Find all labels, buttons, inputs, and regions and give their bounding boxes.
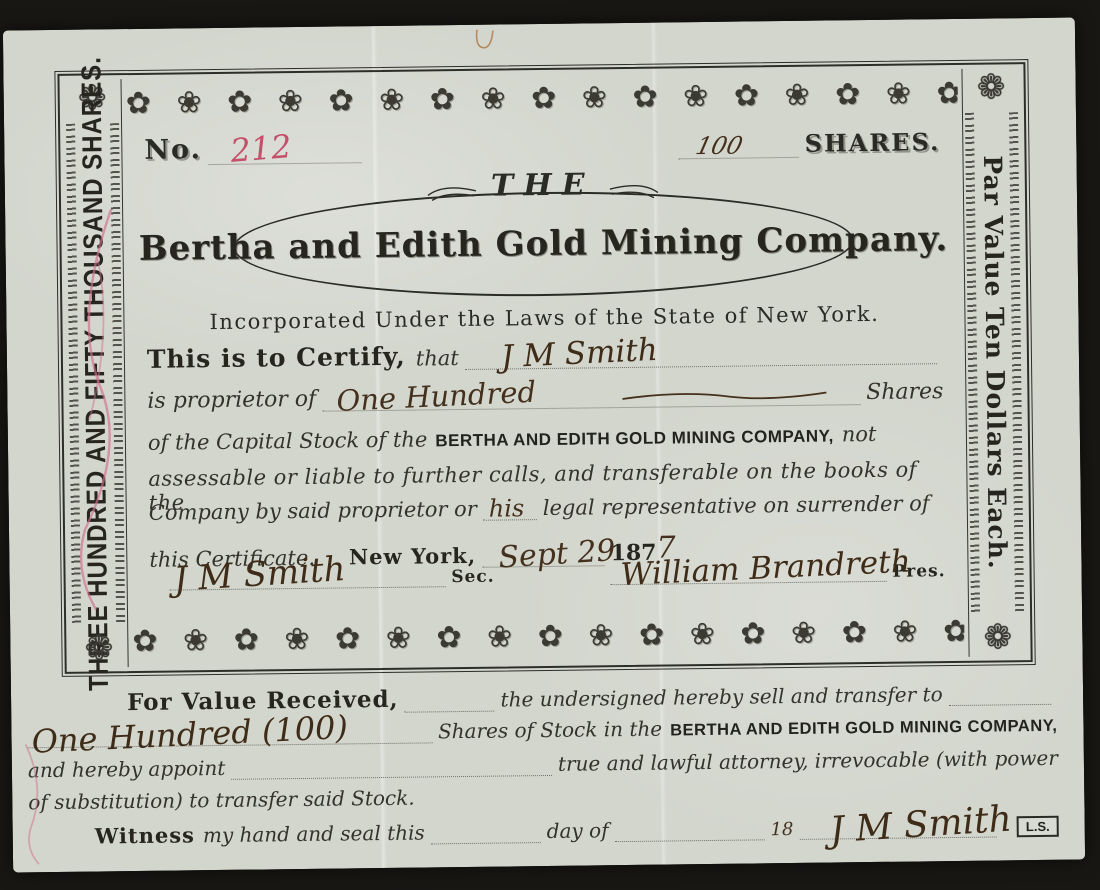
appoint-label: and hereby appoint [28, 756, 226, 782]
incorporation-line: Incorporated Under the Laws of the State… [209, 302, 879, 334]
incorporation-row: Incorporated Under the Laws of the State… [146, 301, 942, 335]
transfer-company-caps: BERTHA AND EDITH GOLD MINING COMPANY, [670, 717, 1058, 741]
company-name: Bertha and Edith Gold Mining Company. [139, 219, 949, 269]
floral-band-top: ✿ ❀ ✿ ❀ ✿ ❀ ✿ ❀ ✿ ❀ ✿ ❀ ✿ ❀ ✿ ❀ ✿ ❀ ✿ ❀ … [125, 69, 958, 131]
body-line3-b: legal representative on surrender of [543, 491, 930, 520]
secretary-label: Sec. [451, 567, 495, 588]
shares-written-handwritten: One Hundred [336, 375, 537, 418]
right-border-text: Par Value Ten Dollars Each. [977, 155, 1011, 569]
shares-suffix: Shares [866, 379, 943, 405]
pen-flourish [620, 387, 830, 406]
year-prefix: 18 [770, 819, 793, 840]
body-line-1: of the Capital Stock of the BERTHA AND E… [148, 421, 944, 455]
signature-row: J M Smith Sec. William Brandreth Pres. [150, 561, 946, 591]
floral-band-bottom: ✿ ❀ ✿ ❀ ✿ ❀ ✿ ❀ ✿ ❀ ✿ ❀ ✿ ❀ ✿ ❀ ✿ ❀ ✿ ❀ … [132, 609, 965, 667]
transfer-amount-handwritten: One Hundred (100) [31, 708, 349, 761]
corner-rosette-icon: ❁ [962, 70, 1019, 105]
certificate-paper: ❁ THREE HUNDRED AND FIFTY THOUSAND SHARE… [3, 17, 1085, 872]
left-border-band: ❁ THREE HUNDRED AND FIFTY THOUSAND SHARE… [64, 79, 129, 668]
body-line1-b: not [842, 422, 877, 446]
transfer-section: For Value Received, the undersigned here… [27, 666, 1059, 869]
transfer-line3-text: true and lawful attorney, irrevocable (w… [558, 746, 1058, 776]
certificate-border-frame: ❁ THREE HUNDRED AND FIFTY THOUSAND SHARE… [57, 62, 1032, 674]
company-name-caps: BERTHA AND EDITH GOLD MINING COMPANY, [435, 426, 834, 451]
corner-rosette-icon: ❁ [969, 620, 1026, 655]
witness-row: Witness my hand and seal this day of 18 … [95, 812, 1059, 849]
holder-name-handwritten: J M Smith [500, 332, 658, 375]
place-label: New York, [349, 543, 476, 570]
certificate-number-label: No. [144, 134, 202, 166]
certify-that: that [416, 346, 459, 371]
shares-label: SHARES. [804, 127, 940, 158]
transfer-line1-text: the undersigned hereby sell and transfer… [500, 682, 942, 711]
body-line3-a: Company by said proprietor or [149, 497, 477, 525]
day-of-label: day of [547, 818, 609, 843]
pronoun-handwritten: his [489, 494, 525, 522]
certify-label: This is to Certify, [147, 342, 406, 374]
number-shares-row: No. 212 100 SHARES. [144, 125, 940, 166]
proprietor-row: is proprietor of One Hundred Shares [147, 379, 943, 414]
transfer-line-2: One Hundred (100) Shares of Stock in the… [27, 712, 1057, 749]
transfer-line-1: For Value Received, the undersigned here… [127, 678, 1057, 716]
body-line1-a: of the Capital Stock of the [148, 427, 428, 454]
transfer-signature: J M Smith [828, 799, 1012, 852]
transfer-line2-text: Shares of Stock in the [438, 717, 662, 744]
transfer-line4-text: of substitution) to transfer said Stock. [28, 786, 415, 815]
right-border-band: ❁ Par Value Ten Dollars Each. ❁ [961, 68, 1026, 657]
orange-ink-mark [471, 26, 501, 52]
witness-line-text: my hand and seal this [203, 820, 425, 847]
proprietor-prefix: is proprietor of [147, 387, 316, 414]
seal-ls-box: L.S. [1017, 816, 1059, 838]
witness-label: Witness [95, 822, 195, 848]
corner-rosette-icon: ❁ [70, 631, 127, 666]
certify-row: This is to Certify, that J M Smith [147, 335, 943, 374]
shares-count-value: 100 [693, 132, 745, 161]
certificate-body: No. 212 100 SHARES. THE Bertha and Edith… [126, 123, 964, 617]
certificate-number-value: 212 [229, 127, 293, 170]
